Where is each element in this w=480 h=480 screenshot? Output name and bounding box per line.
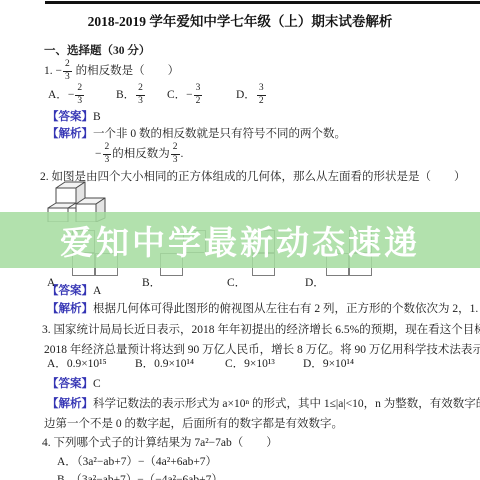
q3-analysis-line1: 【解析】科学记数法的表示形式为 a×10ⁿ 的形式，其中 1≤|a|<10，n …: [47, 395, 480, 411]
q1-number: 1.: [44, 65, 53, 77]
q3-answer: C: [93, 378, 101, 390]
q3-answer-line: 【答案】C: [47, 375, 101, 391]
q2-option-b-label: B．: [142, 274, 161, 290]
q2-analysis-line: 【解析】根据几何体可得此图形的俯视图从左往右有 2 列，正方形的个数依次为 2，…: [47, 300, 478, 316]
q3-option-a: A．0.9×10¹⁵: [47, 355, 107, 371]
q1-stem-sign: −: [56, 65, 63, 77]
promo-banner[interactable]: 爱知中学最新动态速递: [0, 212, 480, 268]
q2-analysis: 根据几何体可得此图形的俯视图从左往右有 2 列，正方形的个数依次为 2，1.: [93, 303, 478, 315]
page-top-rule: [45, 1, 480, 4]
q1-analysis: 一个非 0 数的相反数就是只有符号不同的两个数。: [93, 128, 346, 140]
q1-stem-suffix: 的相反数是（ ）: [76, 65, 180, 77]
q4-option-b: B．（3a²−ab+7）−（−4a²−6ab+7）: [57, 471, 223, 480]
q3-option-d: D．9×10¹⁴: [303, 355, 354, 371]
q2-option-c-label: C．: [227, 274, 246, 290]
q3-analysis-1: 科学记数法的表示形式为 a×10ⁿ 的形式，其中 1≤|a|<10，n 为整数，…: [93, 398, 480, 410]
q1-answer-line: 【答案】B: [47, 108, 101, 124]
q1-stem-fraction: 23: [63, 60, 72, 82]
analysis-label: 【解析】: [47, 128, 93, 140]
q3-options: A．0.9×10¹⁵ B．0.9×10¹⁴ C．9×10¹³ D．9×10¹⁴: [0, 355, 480, 375]
q3-option-c: C．9×10¹³: [225, 355, 275, 371]
q3-option-b: B．0.9×10¹⁴: [135, 355, 194, 371]
q3-analysis-line2: 边第一个不是 0 的数字起，后面所有的数字都是有效数字。: [44, 415, 343, 431]
q1-option-c: C．−32: [167, 84, 203, 106]
q1-options: A．−23 B．23 C．−32 D．32: [0, 84, 480, 104]
page-title: 2018-2019 学年爱知中学七年级（上）期末试卷解析: [0, 10, 480, 30]
q1-answer: B: [93, 111, 101, 123]
q1-stem: 1. −23 的相反数是（ ）: [44, 60, 179, 82]
q3-stem-line1: 3. 国家统计局局长近日表示，2018 年年初提出的经济增长 6.5%的预期，现…: [42, 321, 480, 337]
q1-analysis-line2: −23的相反数为23.: [95, 143, 183, 165]
q2-option-d-label: D．: [305, 274, 325, 290]
promo-banner-text: 爱知中学最新动态速递: [60, 217, 420, 264]
q2-answer-line: 【答案】A: [47, 282, 101, 298]
section-header: 一、选择题（30 分）: [44, 42, 150, 58]
q1-analysis-line: 【解析】一个非 0 数的相反数就是只有符号不同的两个数。: [47, 125, 346, 141]
answer-label: 【答案】: [47, 111, 93, 123]
q1-option-d: D．32: [236, 84, 267, 106]
q2-answer: A: [93, 285, 101, 297]
q4-stem: 4. 下列哪个式子的计算结果为 7a²−7ab（ ）: [42, 434, 278, 450]
q1-option-a: A．−23: [48, 84, 85, 106]
q4-option-a: A．（3a²−ab+7）−（4a²+6ab+7）: [57, 453, 217, 469]
q1-option-b: B．23: [116, 84, 146, 106]
